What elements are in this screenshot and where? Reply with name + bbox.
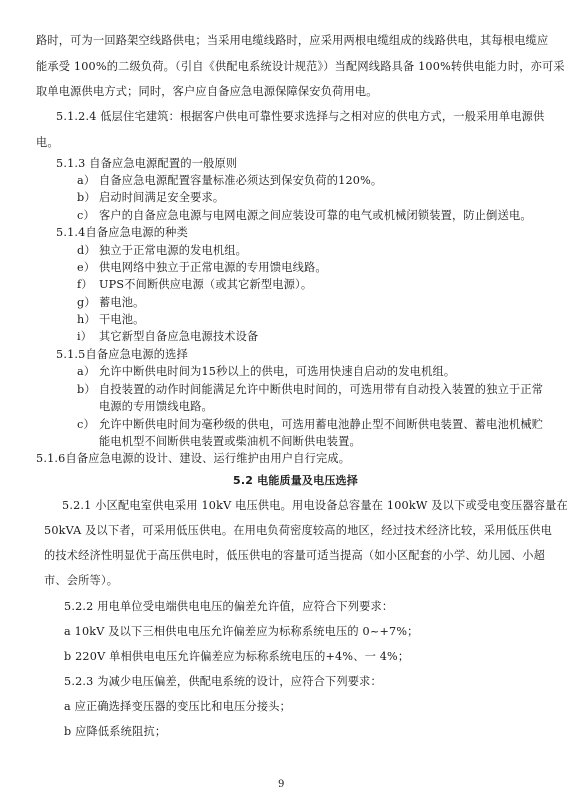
list-text: 自投装置的动作时间能满足允许中断供电时间的，可选用带有自动投入装置的独立于正常 <box>99 383 543 396</box>
p522-a: a 10kV 及以下三相供电电压允许偏差应为标称系统电压的 0~+7%； <box>64 625 419 639</box>
p522-b: b 220V 单相供电电压允许偏差应为标称系统电压的+4%、一 4%； <box>64 650 409 664</box>
intro-line-2: 能承受 100%的二级负荷。（引自《供配电系统设计规范》）当配网线路具备 100… <box>36 60 565 74</box>
list-text: 其它新型自备应急电源技术设备 <box>99 330 258 343</box>
list-marker: g） <box>77 296 99 310</box>
list-marker: d） <box>77 244 99 258</box>
section-52-heading: 5.2 电能质量及电压选择 <box>233 474 358 488</box>
p521-line-1: 5.2.1 小区配电室供电采用 10kV 电压供电。用电设备总容量在 100kW… <box>62 499 568 513</box>
list-item: b）自投装置的动作时间能满足允许中断供电时间的，可选用带有自动投入装置的独立于正… <box>77 383 543 397</box>
p521-line-4: 市、会所等）。 <box>44 574 118 588</box>
list-marker: i） <box>77 330 99 344</box>
p523-b: b 应降低系统阻抗； <box>64 725 166 739</box>
list-item: d）独立于正常电源的发电机组。 <box>77 244 247 258</box>
section-515-title: 5.1.5自备应急电源的选择 <box>56 348 188 362</box>
p523-a: a 应正确选择变压器的变压比和电压分接头； <box>64 700 291 714</box>
list-text: 蓄电池。 <box>99 296 145 309</box>
list-text: 允许中断供电时间为毫秒级的供电，可选用蓄电池静止型不间断供电装置、蓄电池机械贮 <box>99 418 543 431</box>
p523: 5.2.3 为减少电压偏差，供配电系统的设计，应符合下列要求： <box>64 675 382 689</box>
p521-line-3: 的技术经济性明显优于高压供电时，低压供电的容量可适当提高（如小区配套的小学、幼儿… <box>44 549 545 563</box>
p521-line-2: 50kVA 及以下者，可采用低压供电。在用电负荷密度较高的地区，经过技术经济比较… <box>44 524 552 538</box>
list-item: c）客户的自备应急电源与电网电源之间应装设可靠的电气或机械闭锁装置，防止倒送电。 <box>77 209 532 223</box>
page-number: 9 <box>278 779 284 790</box>
list-marker: b） <box>77 191 99 205</box>
list-item: a）允许中断供电时间为15秒以上的供电，可选用快速自启动的发电机组。 <box>77 365 455 379</box>
list-marker: h） <box>77 313 99 327</box>
intro-line-3: 取单电源供电方式；同时，客户应自备应急电源保障保安负荷用电。 <box>36 85 378 99</box>
list-item: e）供电网络中独立于正常电源的专用馈电线路。 <box>77 261 327 275</box>
list-text: UPS不间断供应电源（或其它新型电源）。 <box>99 278 312 291</box>
list-item: c）允许中断供电时间为毫秒级的供电，可选用蓄电池静止型不间断供电装置、蓄电池机械… <box>77 418 543 432</box>
list-item: b）启动时间满足安全要求。 <box>77 191 224 205</box>
list-marker: a） <box>77 365 99 379</box>
list-text: 允许中断供电时间为15秒以上的供电，可选用快速自启动的发电机组。 <box>99 365 455 378</box>
list-item-continuation: 能电机型不间断供电装置或柴油机不间断供电装置。 <box>99 435 361 449</box>
list-item-continuation: 电源的专用馈线电路。 <box>99 400 213 414</box>
section-514-title: 5.1.4自备应急电源的种类 <box>56 226 188 240</box>
list-marker: c） <box>77 418 99 432</box>
list-text: 自备应急电源配置容量标准必须达到保安负荷的120%。 <box>99 174 382 187</box>
section-5124-line-2: 电。 <box>36 136 59 150</box>
list-text: 干电池。 <box>99 313 145 326</box>
section-513-title: 5.1.3 自备应急电源配置的一般原则 <box>56 157 237 171</box>
list-text: 供电网络中独立于正常电源的专用馈电线路。 <box>99 261 327 274</box>
p522: 5.2.2 用电单位受电端供电电压的偏差允许值，应符合下列要求： <box>64 600 393 614</box>
list-text: 启动时间满足安全要求。 <box>99 191 224 204</box>
list-marker: a） <box>77 174 99 188</box>
section-5124-line-1: 5.1.2.4 低层住宅建筑：根据客户供电可靠性要求选择与之相对应的供电方式，一… <box>56 110 544 124</box>
list-marker: c） <box>77 209 99 223</box>
list-item: h）干电池。 <box>77 313 145 327</box>
list-marker: f） <box>77 278 99 292</box>
list-marker: b） <box>77 383 99 397</box>
list-item: i）其它新型自备应急电源技术设备 <box>77 330 258 344</box>
intro-line-1: 路时，可为一回路架空线路供电；当采用电缆线路时，应采用两根电缆组成的线路供电，其… <box>36 34 548 48</box>
list-item: f）UPS不间断供应电源（或其它新型电源）。 <box>77 278 312 292</box>
list-text: 独立于正常电源的发电机组。 <box>99 244 247 257</box>
list-item: g）蓄电池。 <box>77 296 145 310</box>
list-text: 客户的自备应急电源与电网电源之间应装设可靠的电气或机械闭锁装置，防止倒送电。 <box>99 209 532 222</box>
list-marker: e） <box>77 261 99 275</box>
list-item: a）自备应急电源配置容量标准必须达到保安负荷的120%。 <box>77 174 382 188</box>
section-516: 5.1.6自备应急电源的设计、建设、运行维护由用户自行完成。 <box>36 452 350 466</box>
